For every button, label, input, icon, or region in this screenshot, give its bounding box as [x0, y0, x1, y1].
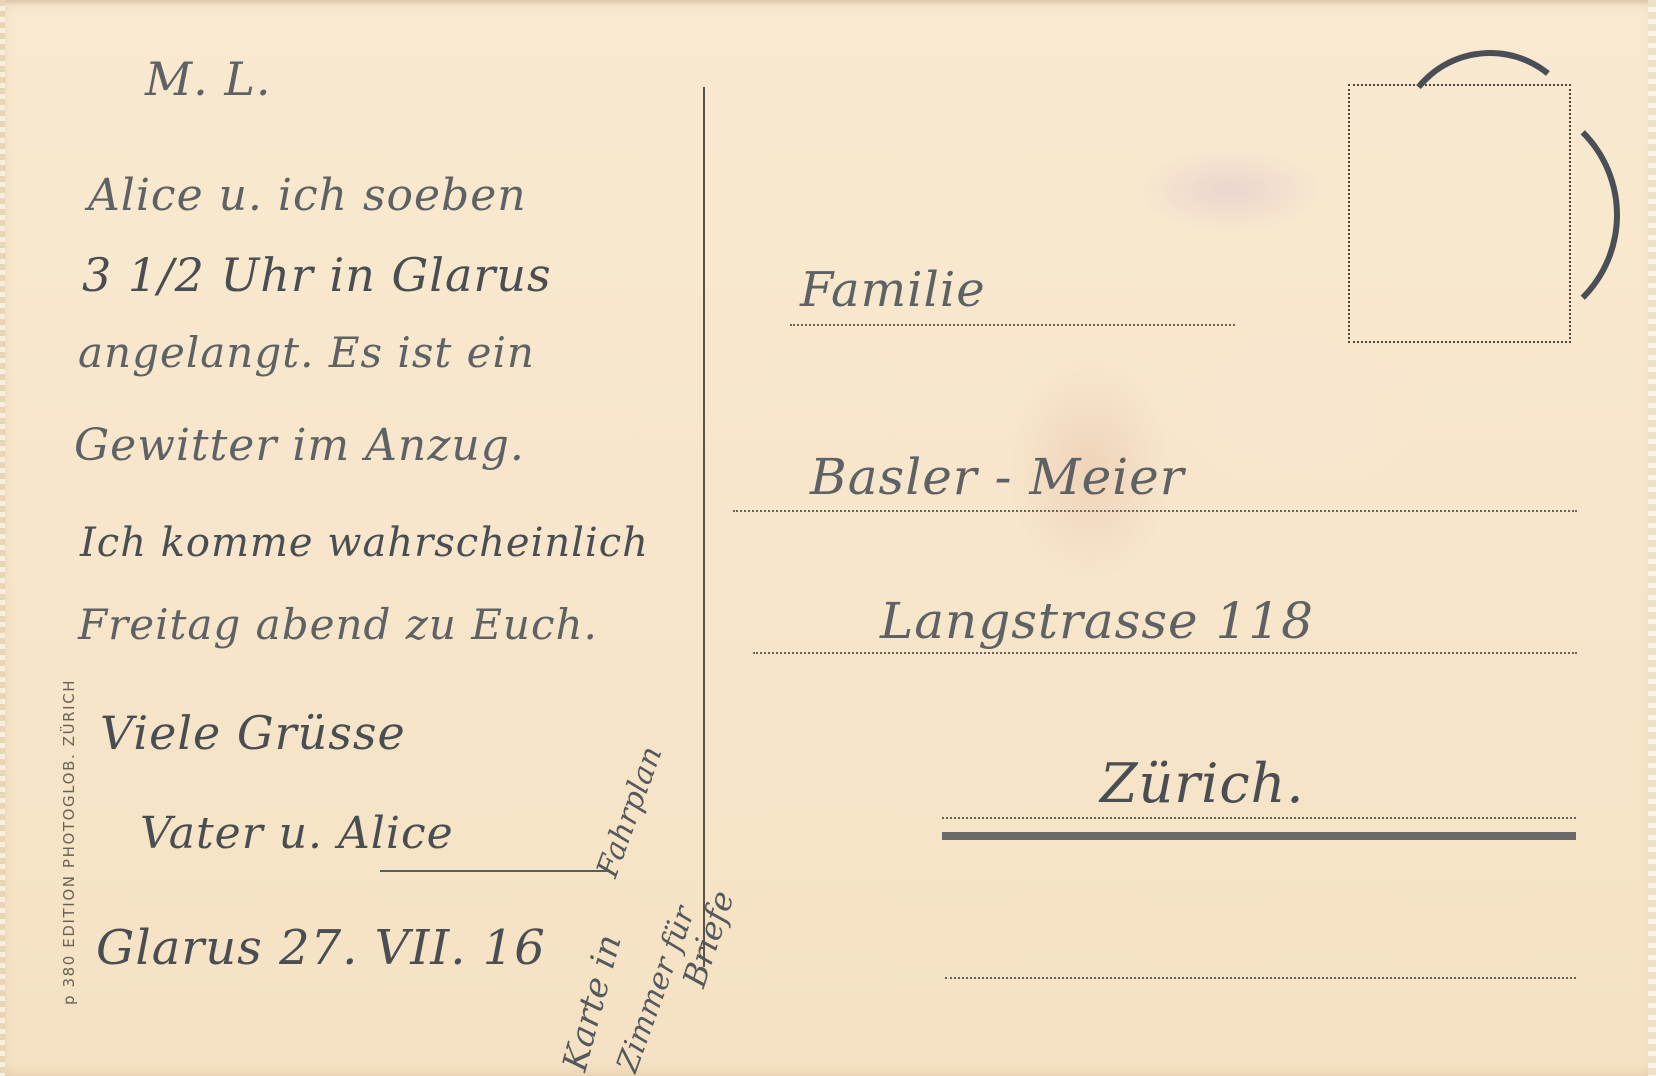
margin-note-4: Fahrplan: [590, 742, 670, 882]
address-line-1: Familie: [800, 262, 986, 318]
card-edge-right: [1648, 0, 1656, 1076]
card-edge-top: [0, 0, 1656, 6]
message-line-5: Ich komme wahrscheinlich: [80, 520, 649, 566]
message-line-4: Gewitter im Anzug.: [74, 420, 525, 471]
margin-note-2: Zimmer für: [610, 902, 702, 1076]
address-line-3: Langstrasse 118: [880, 592, 1314, 650]
center-divider-line: [703, 87, 705, 967]
message-line-7: Viele Grüsse: [100, 706, 406, 760]
message-line-1: Alice u. ich soeben: [88, 170, 527, 221]
address-rule-1: [790, 324, 1235, 326]
message-line-3: angelangt. Es ist ein: [78, 328, 535, 377]
card-edge-left: [0, 0, 5, 1076]
address-rule-heavy: [942, 832, 1576, 840]
address-rule-5: [945, 977, 1576, 979]
message-salutation: M. L.: [145, 52, 272, 106]
message-line-2: 3 1/2 Uhr in Glarus: [82, 248, 552, 302]
address-line-2: Basler - Meier: [810, 448, 1185, 506]
address-line-4: Zürich.: [1100, 752, 1305, 815]
address-rule-4: [942, 817, 1576, 819]
postcard-back: M. L. Alice u. ich soeben 3 1/2 Uhr in G…: [0, 0, 1656, 1076]
signature-underline: [380, 870, 610, 872]
address-rule-2: [733, 510, 1577, 512]
publisher-imprint: p 380 EDITION PHOTOGLOB. ZÜRICH: [60, 679, 78, 1005]
message-date-line: Glarus 27. VII. 16: [96, 920, 546, 976]
message-line-6: Freitag abend zu Euch.: [78, 600, 598, 649]
postmark-arc-right: [1380, 95, 1620, 335]
message-line-8-signature: Vater u. Alice: [140, 808, 454, 859]
address-rule-3: [753, 652, 1577, 654]
